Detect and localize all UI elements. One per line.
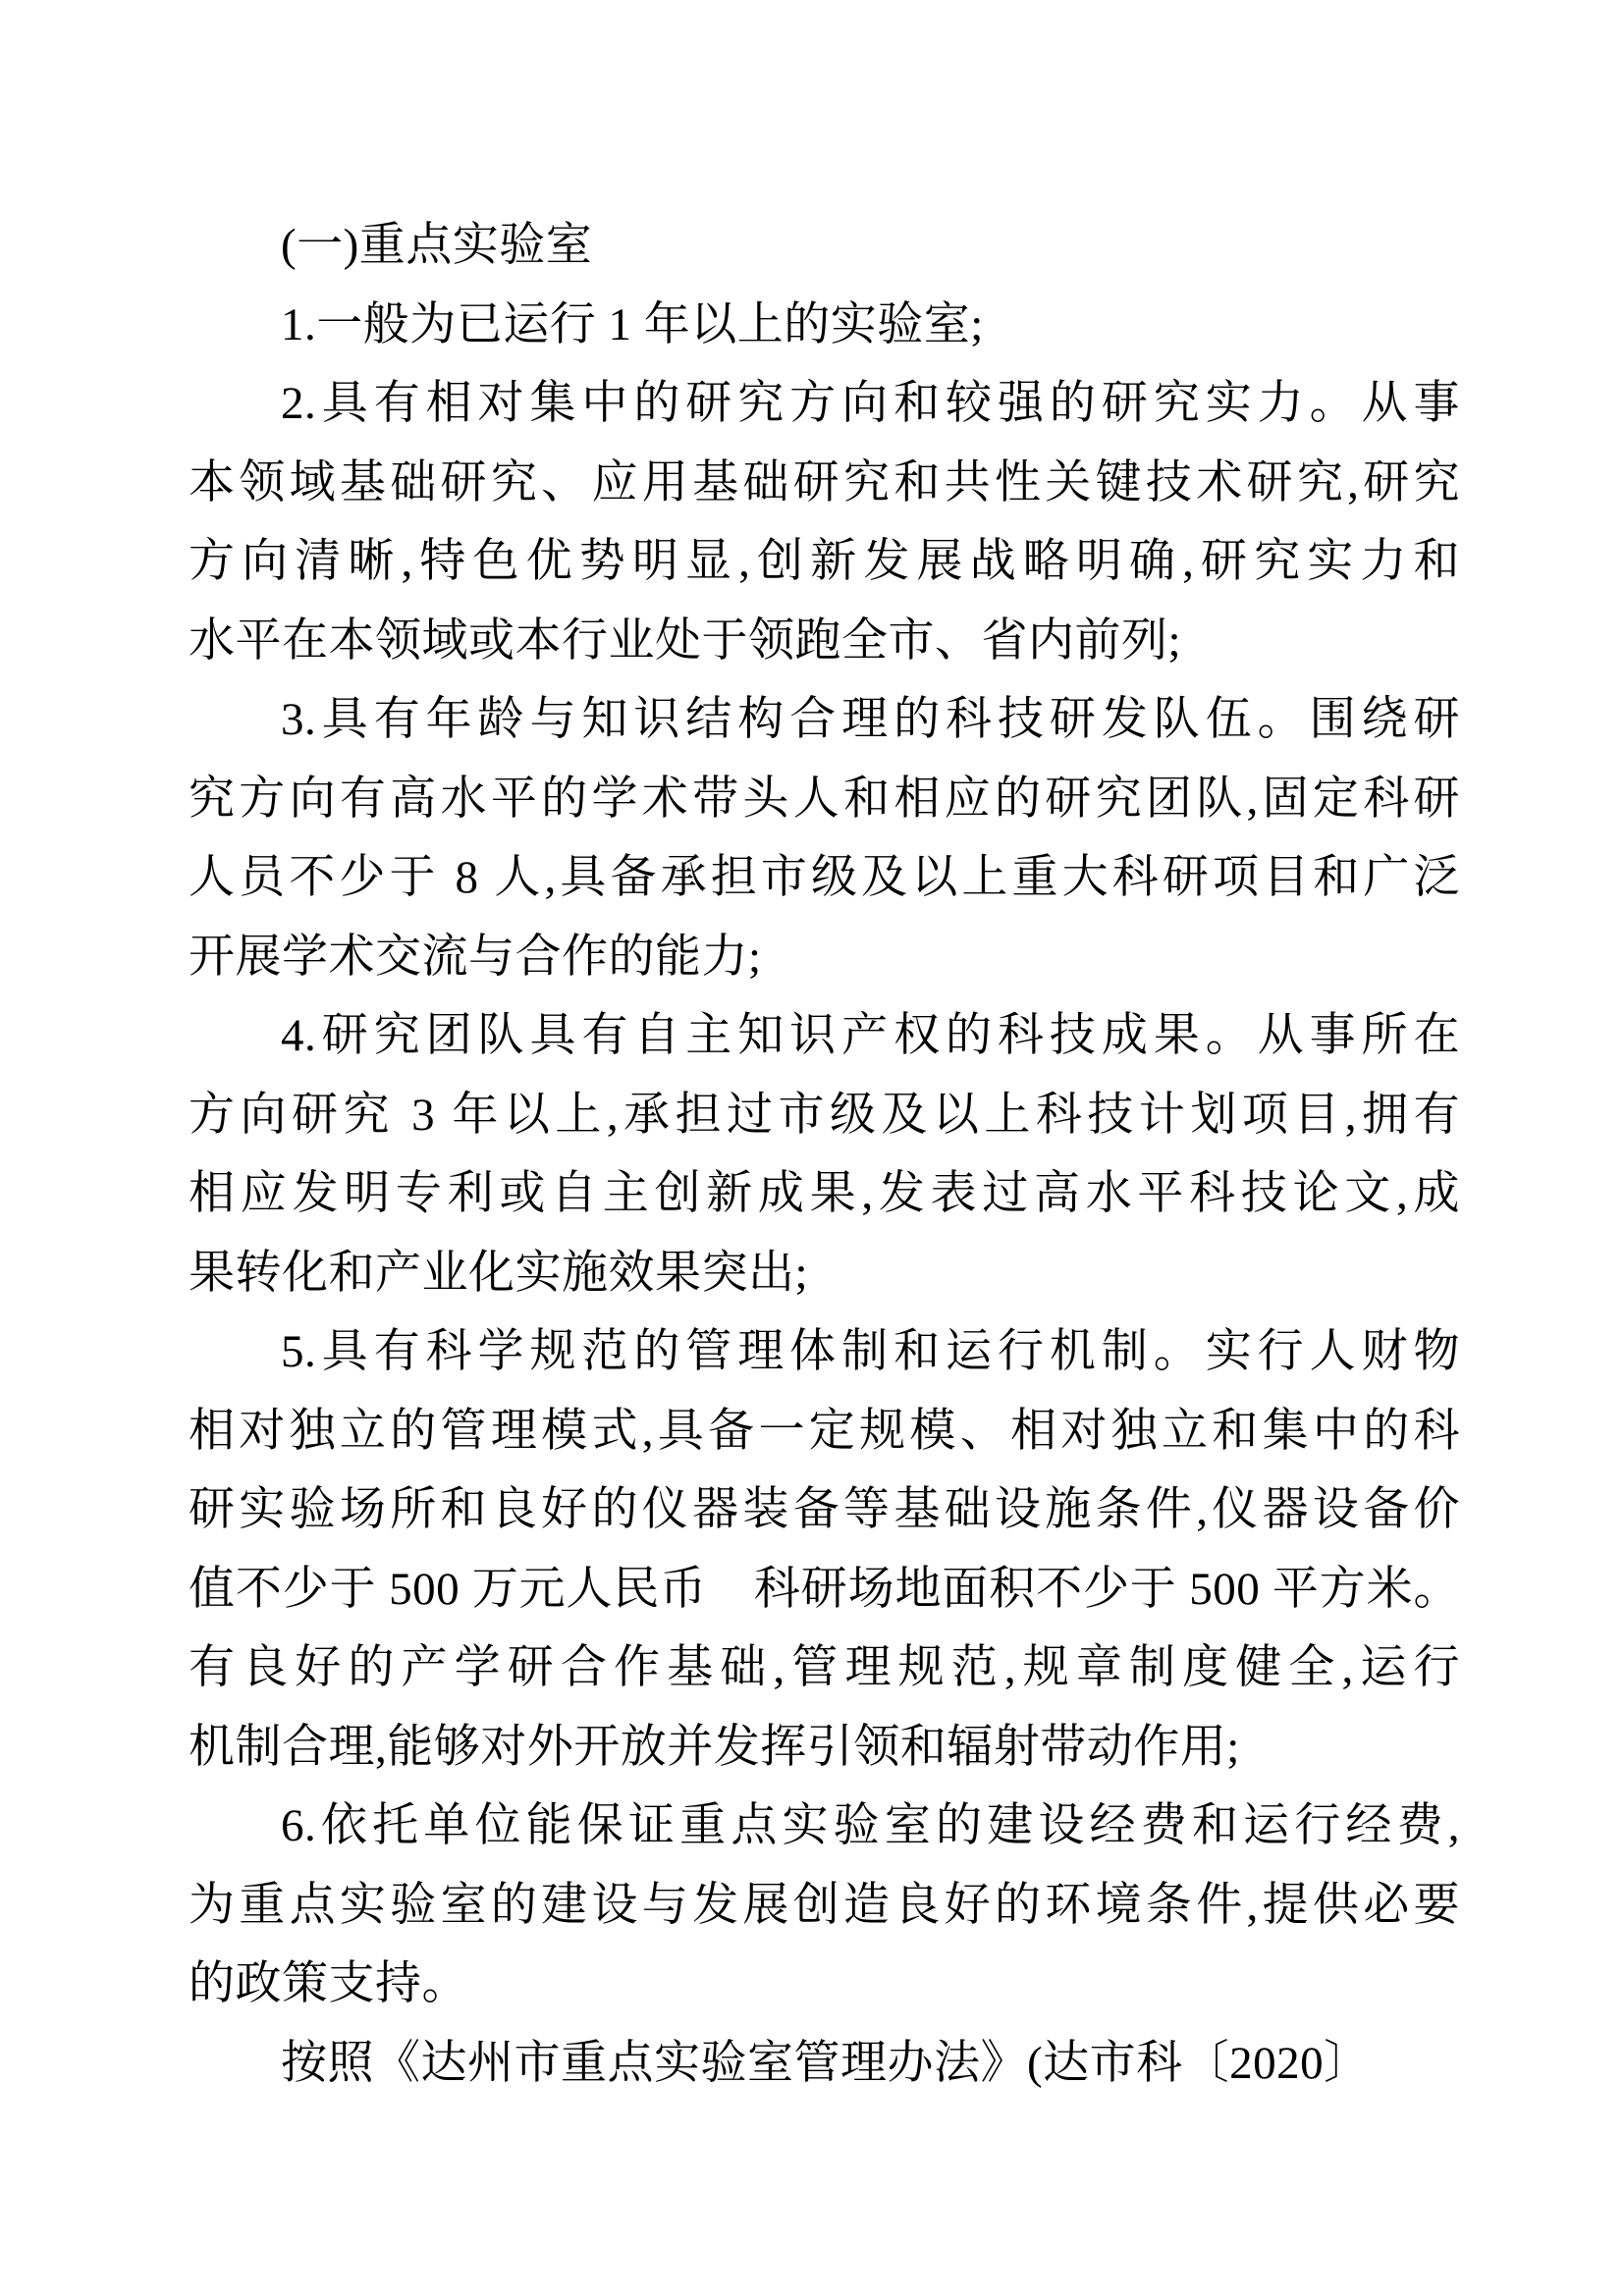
text-line: 为重点实验室的建设与发展创造良好的环境条件,提供必要 xyxy=(189,1866,1460,1946)
paragraph-item-5: 5.具有科学规范的管理体制和运行机制。实行人财物 相对独立的管理模式,具备一定规… xyxy=(189,1312,1460,1787)
text-line: 3.具有年龄与知识结构合理的科技研发队伍。围绕研 xyxy=(189,680,1460,760)
text-line: 5.具有科学规范的管理体制和运行机制。实行人财物 xyxy=(189,1312,1460,1392)
text-line: 机制合理,能够对外开放并发挥引领和辐射带动作用; xyxy=(189,1708,1460,1788)
text-line: 研实验场所和良好的仪器装备等基础设施条件,仪器设备价 xyxy=(189,1470,1460,1550)
text-line: 6.依托单位能保证重点实验室的建设经费和运行经费, xyxy=(189,1787,1460,1866)
paragraph-item-4: 4.研究团队具有自主知识产权的科技成果。从事所在 方向研究 3 年以上,承担过市… xyxy=(189,996,1460,1312)
section-heading: (一)重点实验室 xyxy=(189,206,1460,286)
text-line: 按照《达州市重点实验室管理办法》(达市科〔2020〕 xyxy=(189,2024,1460,2104)
text-line: 开展学术交流与合作的能力; xyxy=(189,918,1460,997)
text-line: 4.研究团队具有自主知识产权的科技成果。从事所在 xyxy=(189,996,1460,1076)
text-line: 究方向有高水平的学术带头人和相应的研究团队,固定科研 xyxy=(189,760,1460,839)
paragraph-closing: 按照《达州市重点实验室管理办法》(达市科〔2020〕 xyxy=(189,2024,1460,2104)
paragraph-item-3: 3.具有年龄与知识结构合理的科技研发队伍。围绕研 究方向有高水平的学术带头人和相… xyxy=(189,680,1460,996)
text-line: 有良好的产学研合作基础,管理规范,规章制度健全,运行 xyxy=(189,1629,1460,1708)
text-line: 的政策支持。 xyxy=(189,1945,1460,2024)
text-line: 本领域基础研究、应用基础研究和共性关键技术研究,研究 xyxy=(189,444,1460,523)
paragraph-item-2: 2.具有相对集中的研究方向和较强的研究实力。从事 本领域基础研究、应用基础研究和… xyxy=(189,364,1460,680)
text-line: 人员不少于 8 人,具备承担市级及以上重大科研项目和广泛 xyxy=(189,838,1460,918)
text-line: 方向清晰,特色优势明显,创新发展战略明确,研究实力和 xyxy=(189,522,1460,602)
text-line: 2.具有相对集中的研究方向和较强的研究实力。从事 xyxy=(189,364,1460,444)
text-line: 相应发明专利或自主创新成果,发表过高水平科技论文,成 xyxy=(189,1154,1460,1234)
paragraph-item-6: 6.依托单位能保证重点实验室的建设经费和运行经费, 为重点实验室的建设与发展创造… xyxy=(189,1787,1460,2024)
text-line: 1.一般为已运行 1 年以上的实验室; xyxy=(189,286,1460,365)
text-line: 水平在本领域或本行业处于领跑全市、省内前列; xyxy=(189,602,1460,681)
text-line: 值不少于 500 万元人民币 科研场地面积不少于 500 平方米。 xyxy=(189,1550,1460,1629)
text-line: 方向研究 3 年以上,承担过市级及以上科技计划项目,拥有 xyxy=(189,1076,1460,1155)
text-line: 相对独立的管理模式,具备一定规模、相对独立和集中的科 xyxy=(189,1392,1460,1471)
document-page: (一)重点实验室 1.一般为已运行 1 年以上的实验室; 2.具有相对集中的研究… xyxy=(0,0,1624,2296)
section-heading-paragraph: (一)重点实验室 xyxy=(189,206,1460,286)
document-body: (一)重点实验室 1.一般为已运行 1 年以上的实验室; 2.具有相对集中的研究… xyxy=(189,206,1460,2103)
paragraph-item-1: 1.一般为已运行 1 年以上的实验室; xyxy=(189,286,1460,365)
text-line: 果转化和产业化实施效果突出; xyxy=(189,1234,1460,1313)
